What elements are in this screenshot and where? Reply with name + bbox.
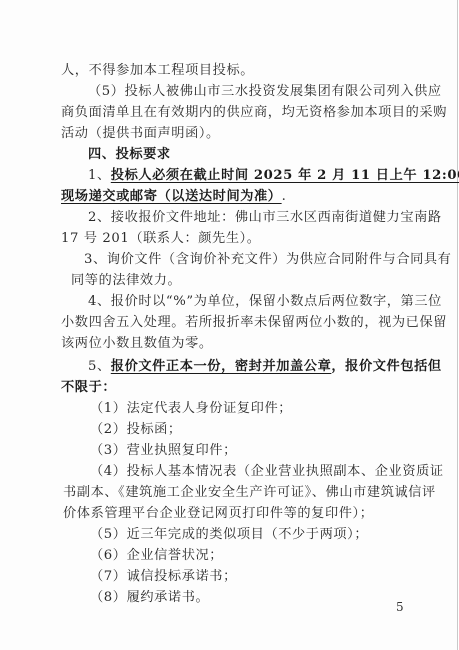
sealed-copy-text: 报价文件正本一份，密封并加盖公章 <box>111 359 332 374</box>
list-item: （1）法定代表人身份证复印件； <box>90 399 292 419</box>
paragraph-line: 2、接收报价文件地址：佛山市三水区西南街道健力宝南路 <box>88 208 442 228</box>
paragraph-line: （5）投标人被佛山市三水投资发展集团有限公司列入供应 <box>88 82 442 102</box>
paragraph-line: 4、报价时以“%”为单位，保留小数点后两位数字，第三位 <box>88 292 442 312</box>
delivery-method-text: 现场递交或邮寄（以送达时间为准） <box>61 189 282 204</box>
punctuation: . <box>282 189 287 204</box>
list-item: （4）投标人基本情况表（企业营业执照副本、企业资质证 <box>90 462 444 482</box>
paragraph-line: 该两位小数且数值为零。 <box>61 334 213 354</box>
section-heading: 四、投标要求 <box>88 145 171 165</box>
requirement-1-line-1: 1、投标人必须在截止时间 2025 年 2 月 11 日上午 12:00 前 <box>88 166 459 186</box>
paragraph-line: 17 号 201（联系人：颜先生）。 <box>61 229 261 249</box>
page-number: 5 <box>396 600 404 614</box>
list-item: （7）诚信投标承诺书； <box>90 567 237 587</box>
paragraph-line: 商负面清单且在有效期内的供应商，均无资格参加本项目的采购 <box>61 103 447 123</box>
list-item-continuation: 书副本、《建筑施工企业安全生产许可证》、佛山市建筑诚信评 <box>63 483 436 503</box>
list-item: （3）营业执照复印件； <box>90 441 237 461</box>
list-item: （5）近三年完成的类似项目（不少于两项）； <box>90 525 368 545</box>
includes-text: ，报价文件包括但 <box>331 359 441 374</box>
paragraph-line: 不限于： <box>61 378 116 398</box>
paragraph-line: 人，不得参加本工程项目投标。 <box>61 61 254 81</box>
paragraph-line: 同等的法律效力。 <box>71 271 181 291</box>
list-item: （6）企业信誉状况； <box>90 546 223 566</box>
requirement-5-line-1: 5、报价文件正本一份，密封并加盖公章，报价文件包括但 <box>88 357 442 377</box>
paragraph-line: 小数四舍五入处理。若所报折率未保留两位小数的，视为已保留 <box>61 313 447 333</box>
paragraph-line: 3、询价文件（含询价补充文件）为供应合同附件与合同具有 <box>84 250 451 270</box>
list-item: （8）履约承诺书。 <box>90 588 209 608</box>
document-page: 人，不得参加本工程项目投标。 （5）投标人被佛山市三水投资发展集团有限公司列入供… <box>0 0 458 650</box>
requirement-1-line-2: 现场递交或邮寄（以送达时间为准）. <box>61 187 286 207</box>
item-number: 5、 <box>88 359 111 374</box>
deadline-text: 投标人必须在截止时间 2025 年 2 月 11 日上午 12:00 前 <box>111 168 459 183</box>
item-number: 1、 <box>88 168 111 183</box>
list-item-continuation: 价体系管理平台企业登记网页打印件等的复印件）； <box>63 504 374 524</box>
list-item: （2）投标函； <box>90 420 182 440</box>
paragraph-line: 活动（提供书面声明函）。 <box>61 124 220 144</box>
